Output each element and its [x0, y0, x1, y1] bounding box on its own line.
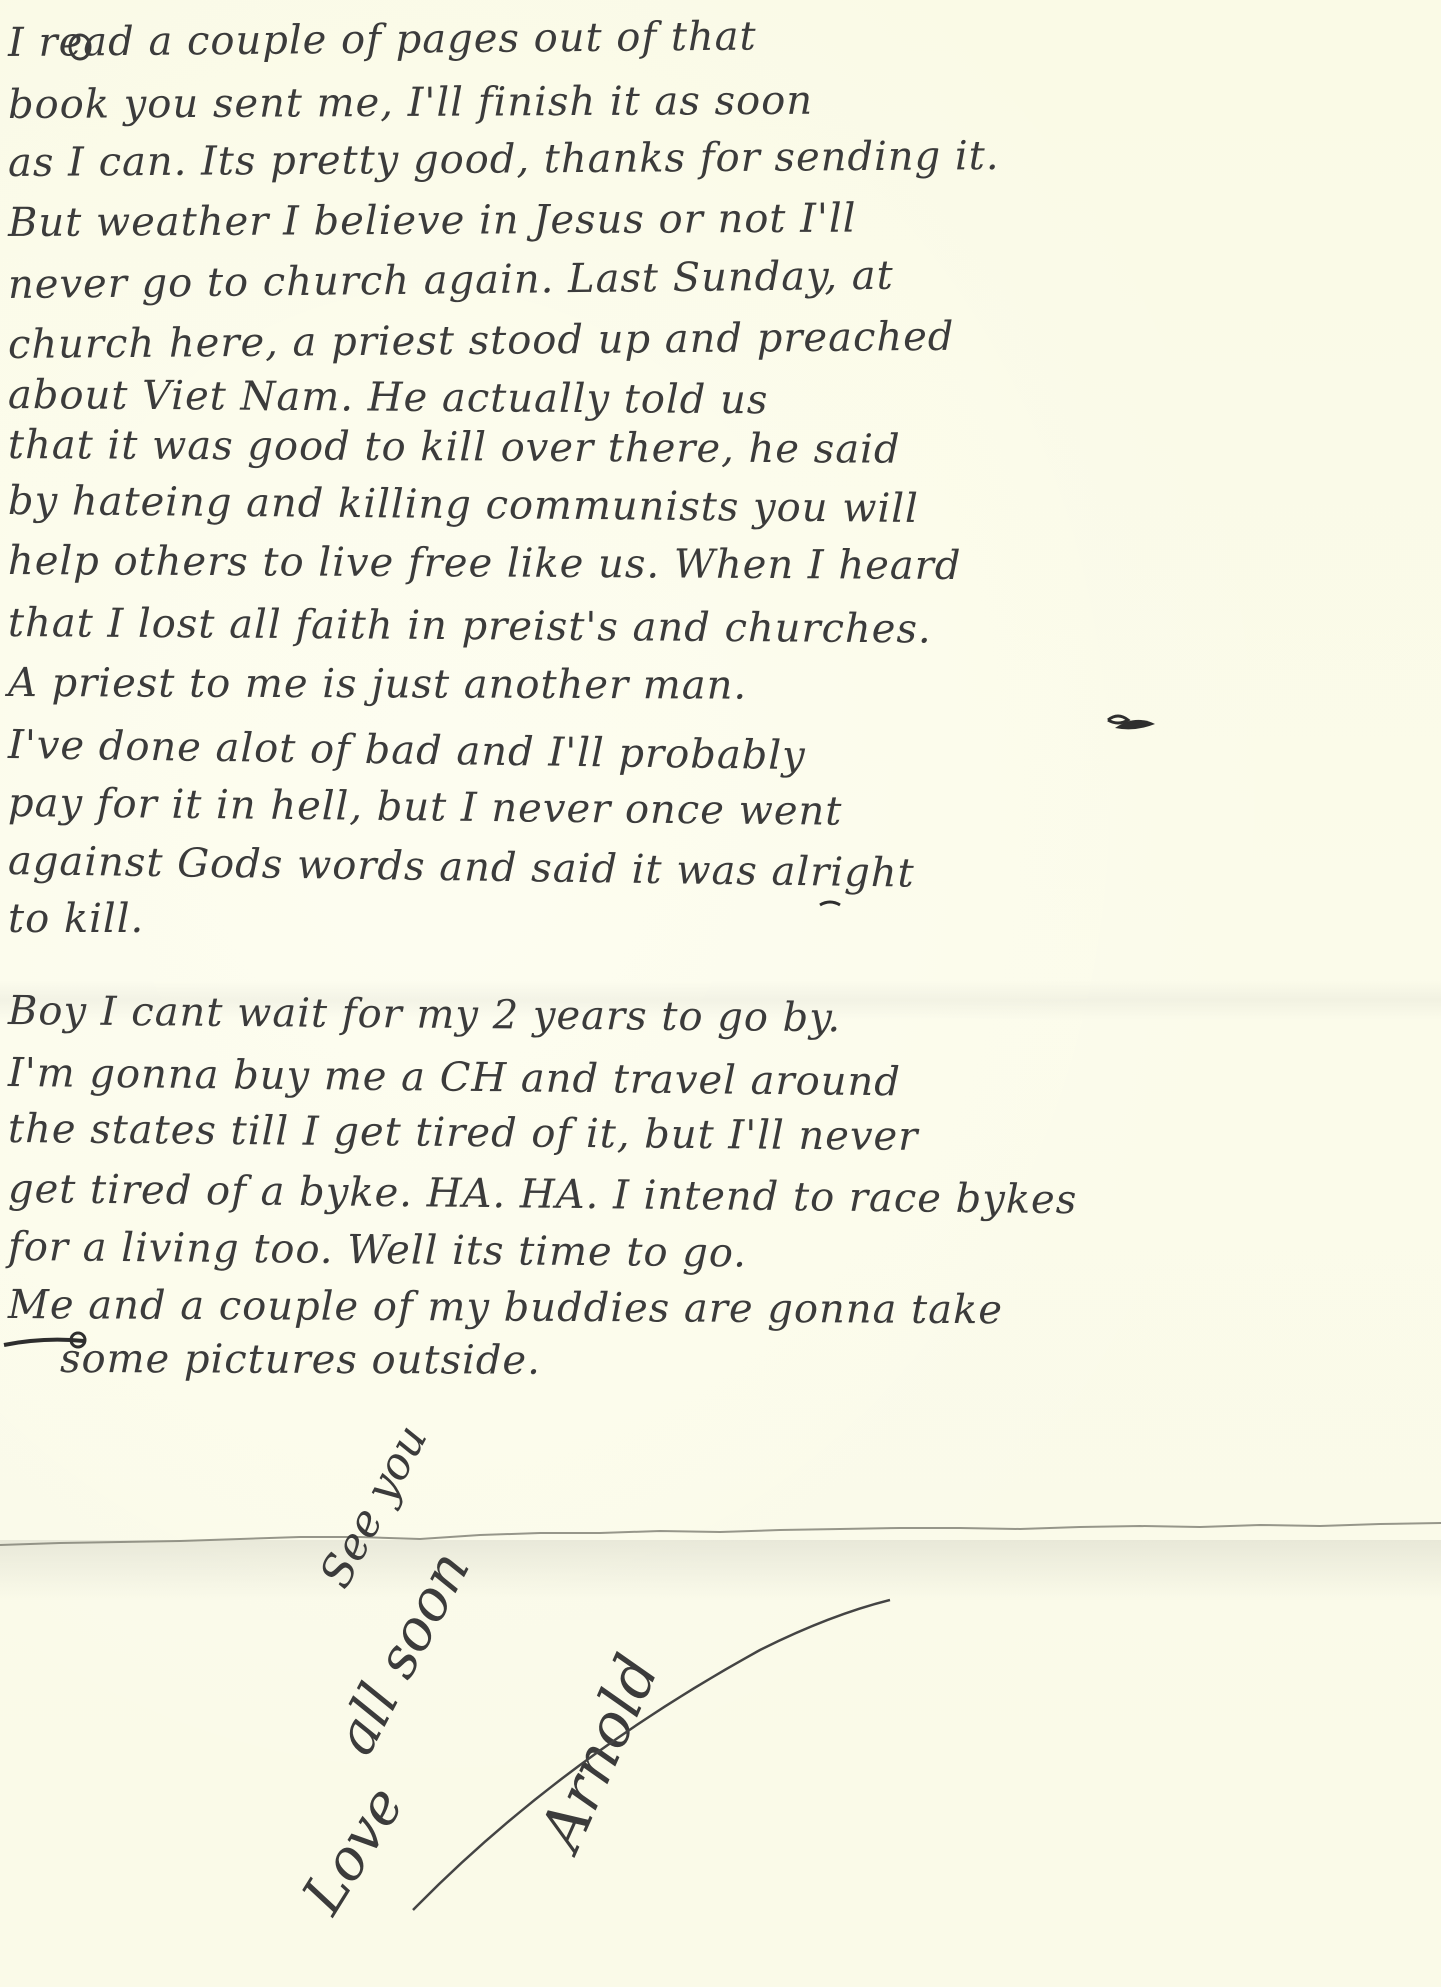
- signature-flourish: [0, 0, 1441, 1987]
